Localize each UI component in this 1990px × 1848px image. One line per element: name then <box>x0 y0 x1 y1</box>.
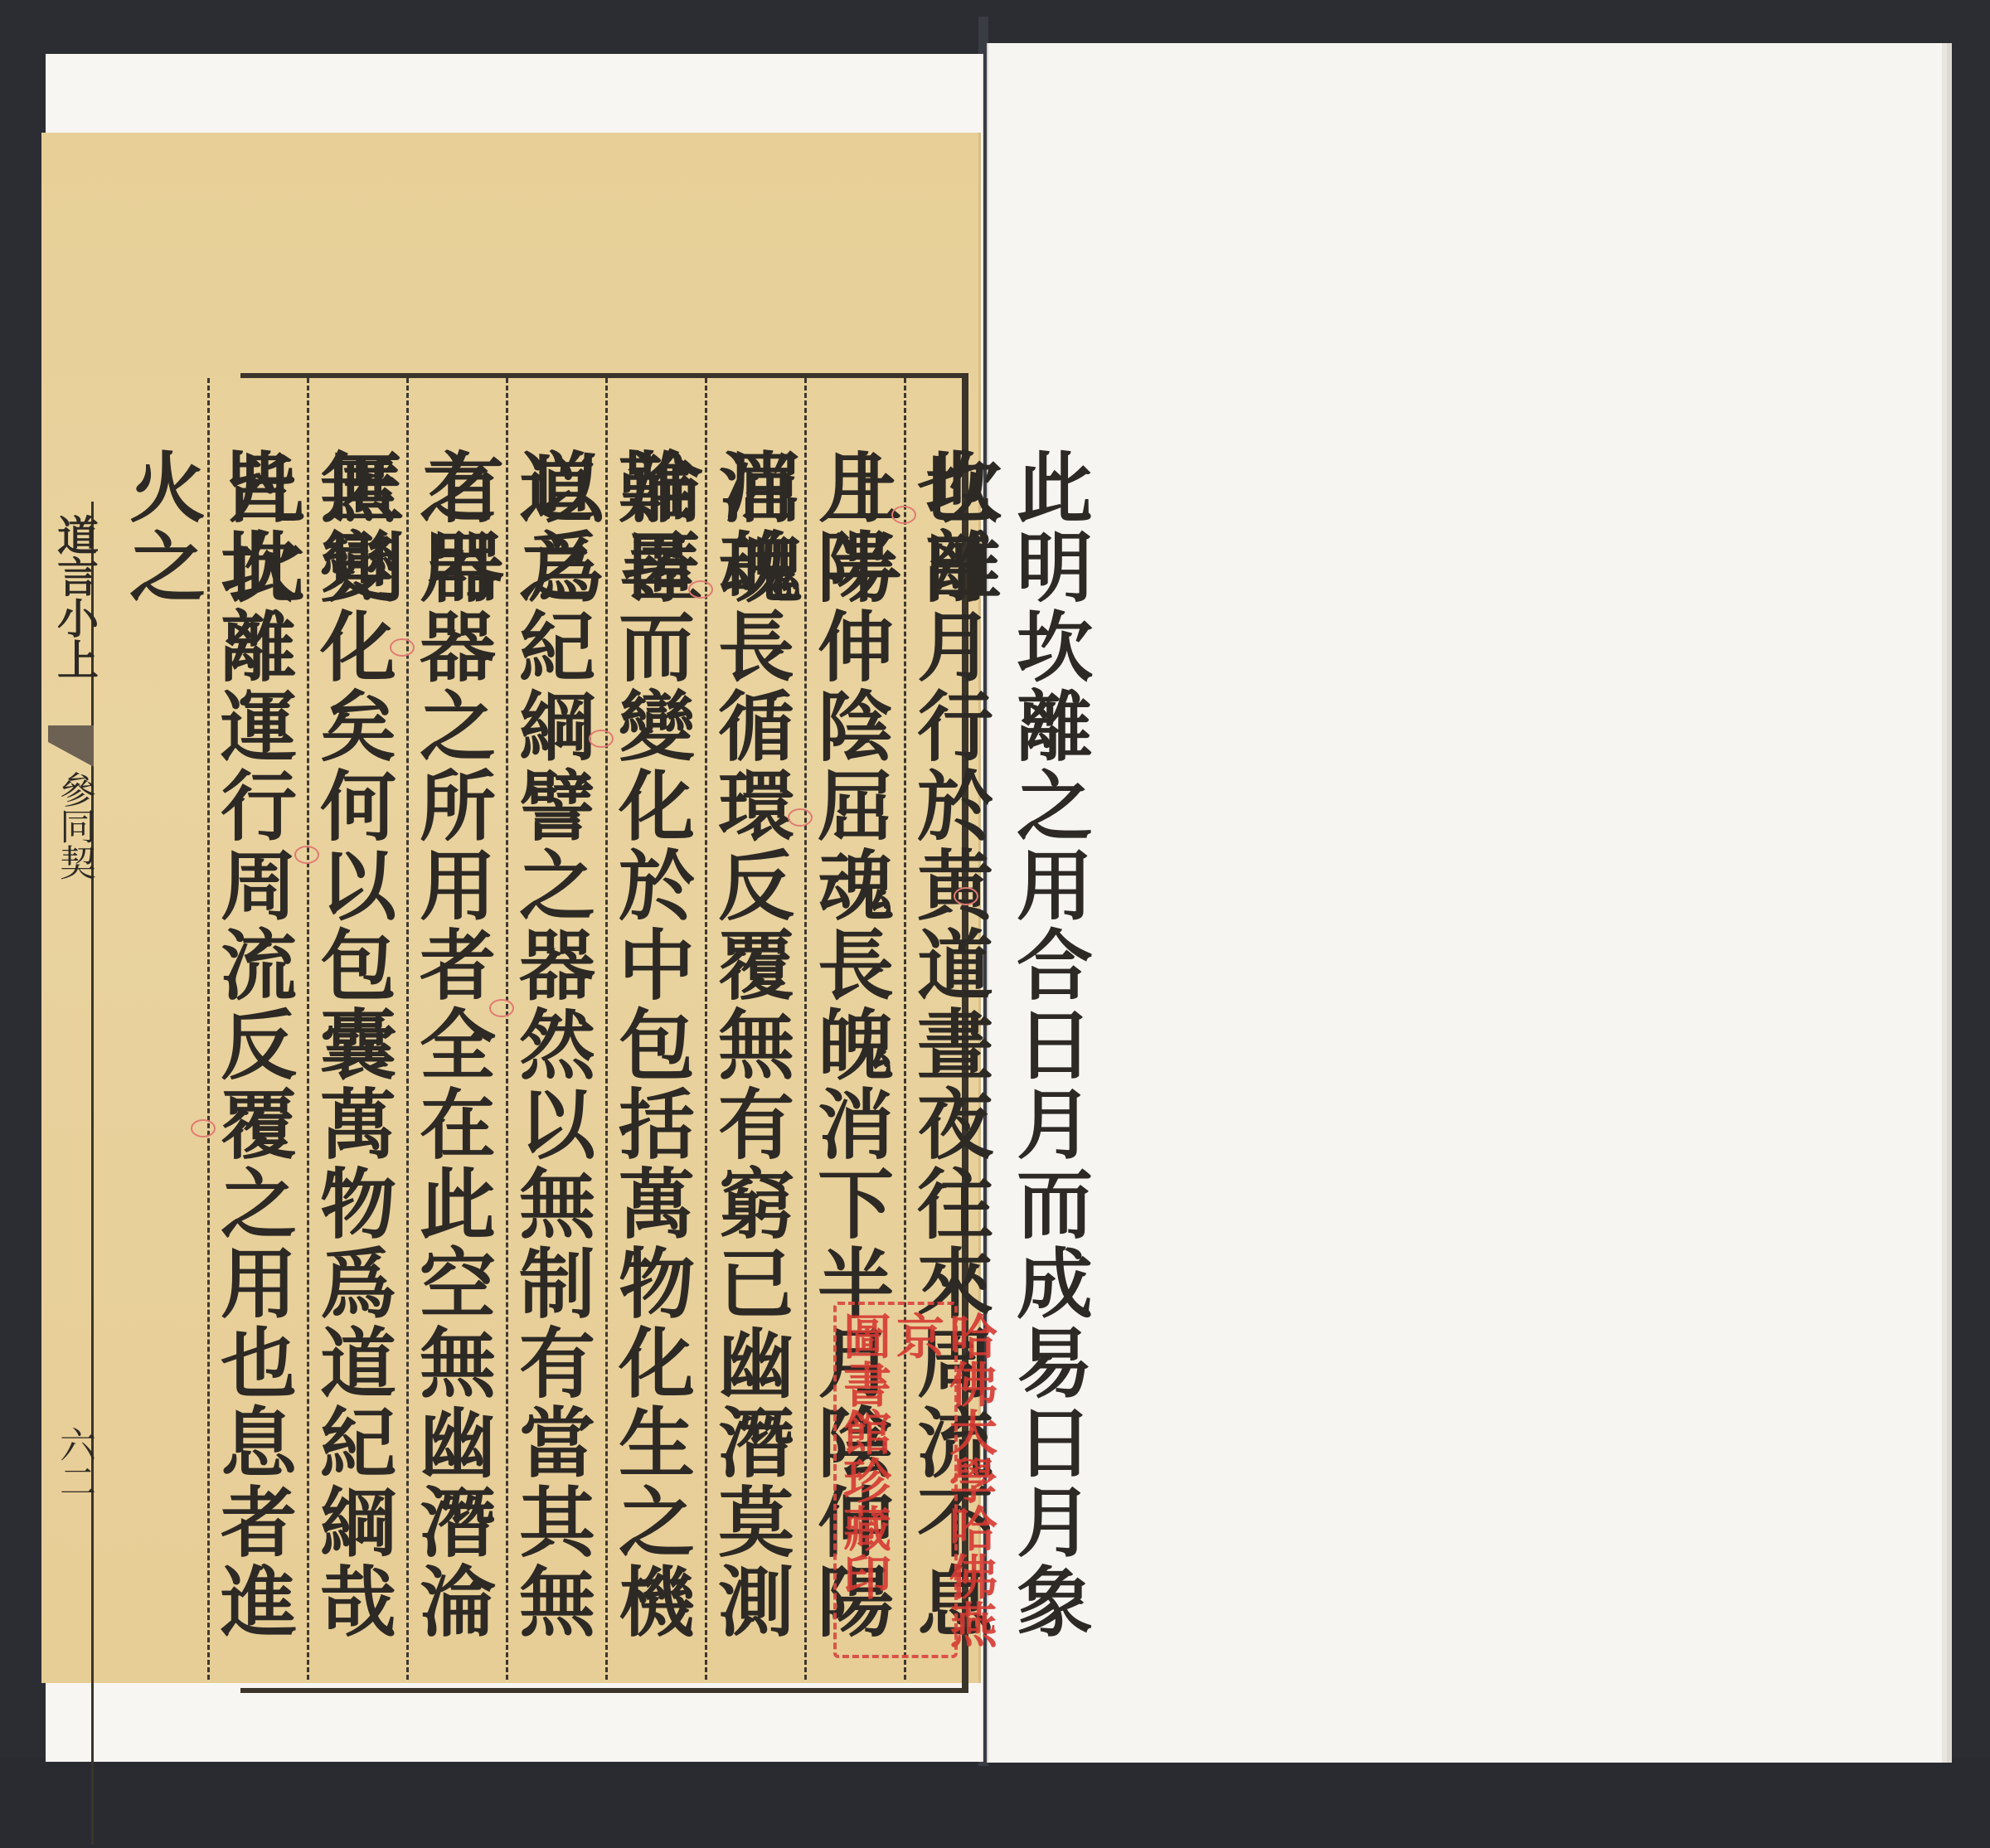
red-punctuation-circle-icon <box>688 580 713 599</box>
red-punctuation-circle-icon <box>788 808 813 827</box>
margin-subtitle: 參同契 <box>53 771 95 880</box>
red-punctuation-circle-icon <box>489 999 514 1017</box>
page-number: 六二 <box>53 1426 95 1499</box>
block-center-margin <box>58 502 94 1845</box>
red-punctuation-circle-icon <box>294 846 319 864</box>
red-punctuation-circle-icon <box>589 730 614 748</box>
margin-title: 道言小上 <box>50 514 99 680</box>
red-punctuation-circle-icon <box>891 506 916 524</box>
red-punctuation-circle-icon <box>390 638 415 657</box>
seal-text-right: 哈佛大學哈佛燕京 <box>890 1312 996 1655</box>
seal-text-left: 圖書館珍藏印 <box>837 1312 890 1600</box>
text-column-9: 皆坎離運行周流反覆之用也息者進火之 <box>116 448 298 1691</box>
library-seal: 哈佛大學哈佛燕京 圖書館珍藏印 <box>833 1302 958 1658</box>
backdrop <box>0 1758 1990 1848</box>
red-punctuation-circle-icon <box>191 1119 216 1137</box>
right-blank-page <box>987 43 1942 1763</box>
red-punctuation-circle-icon <box>954 887 978 905</box>
